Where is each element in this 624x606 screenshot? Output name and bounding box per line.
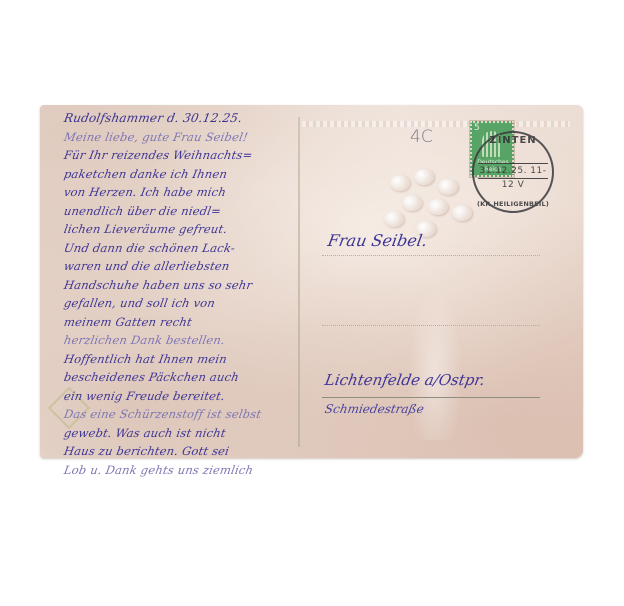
message-line: Und dann die schönen Lack-: [62, 239, 301, 258]
message-line: Das eine Schürzenstoff ist selbst: [62, 405, 301, 424]
message-line: gefallen, und soll ich von: [62, 294, 301, 313]
message-line: Hoffentlich hat Ihnen mein: [62, 350, 301, 369]
postcard: Rudolfshammer d. 30.12.25. Meine liebe, …: [40, 105, 583, 458]
message-line: unendlich über die niedl=: [62, 202, 301, 221]
postmark-town: ZINTEN: [474, 135, 552, 146]
message-line: ein wenig Freude bereitet.: [62, 387, 301, 406]
recipient-name: Frau Seibel.: [326, 231, 428, 250]
message-line: bescheidenes Päckchen auch: [62, 368, 301, 387]
message-line: lichen Lieveräume gefreut.: [62, 220, 301, 239]
postmark-region: (KR.HEILIGENBEIL): [474, 200, 552, 208]
center-divider: [298, 117, 300, 447]
message-line: gewebt. Was auch ist nicht: [62, 424, 301, 443]
message-line: herzlichen Dank bestellen.: [62, 331, 301, 350]
message-line: meinem Gatten recht: [62, 313, 301, 332]
message-line: Handschuhe haben uns so sehr: [62, 276, 301, 295]
message-salutation: Meine liebe, gute Frau Seibel!: [62, 128, 301, 147]
stamp-value: 5: [474, 123, 480, 133]
embossed-border: [302, 121, 570, 127]
recipient-street: Schmiedestraße: [324, 402, 425, 416]
postmark: ZINTEN 31.12.25. 11-12 V (KR.HEILIGENBEI…: [472, 131, 554, 213]
message-line: Haus zu berichten. Gott sei: [62, 442, 301, 461]
recipient-city: Lichtenfelde a/Ostpr.: [323, 371, 486, 389]
address-line-2: [322, 303, 540, 326]
message-line: paketchen danke ich Ihnen: [62, 165, 301, 184]
message-line: Für Ihr reizendes Weihnachts=: [62, 146, 301, 165]
message-line: Lob u. Dank gehts uns ziemlich: [62, 461, 301, 480]
pencil-note: 4C: [410, 127, 433, 147]
message-header: Rudolfshammer d. 30.12.25.: [62, 109, 301, 128]
message-line: von Herzen. Ich habe mich: [62, 183, 301, 202]
postmark-date: 31.12.25. 11-12 V: [478, 163, 548, 179]
handwritten-message: Rudolfshammer d. 30.12.25. Meine liebe, …: [64, 105, 300, 479]
message-line: waren und die allerliebsten: [62, 257, 301, 276]
